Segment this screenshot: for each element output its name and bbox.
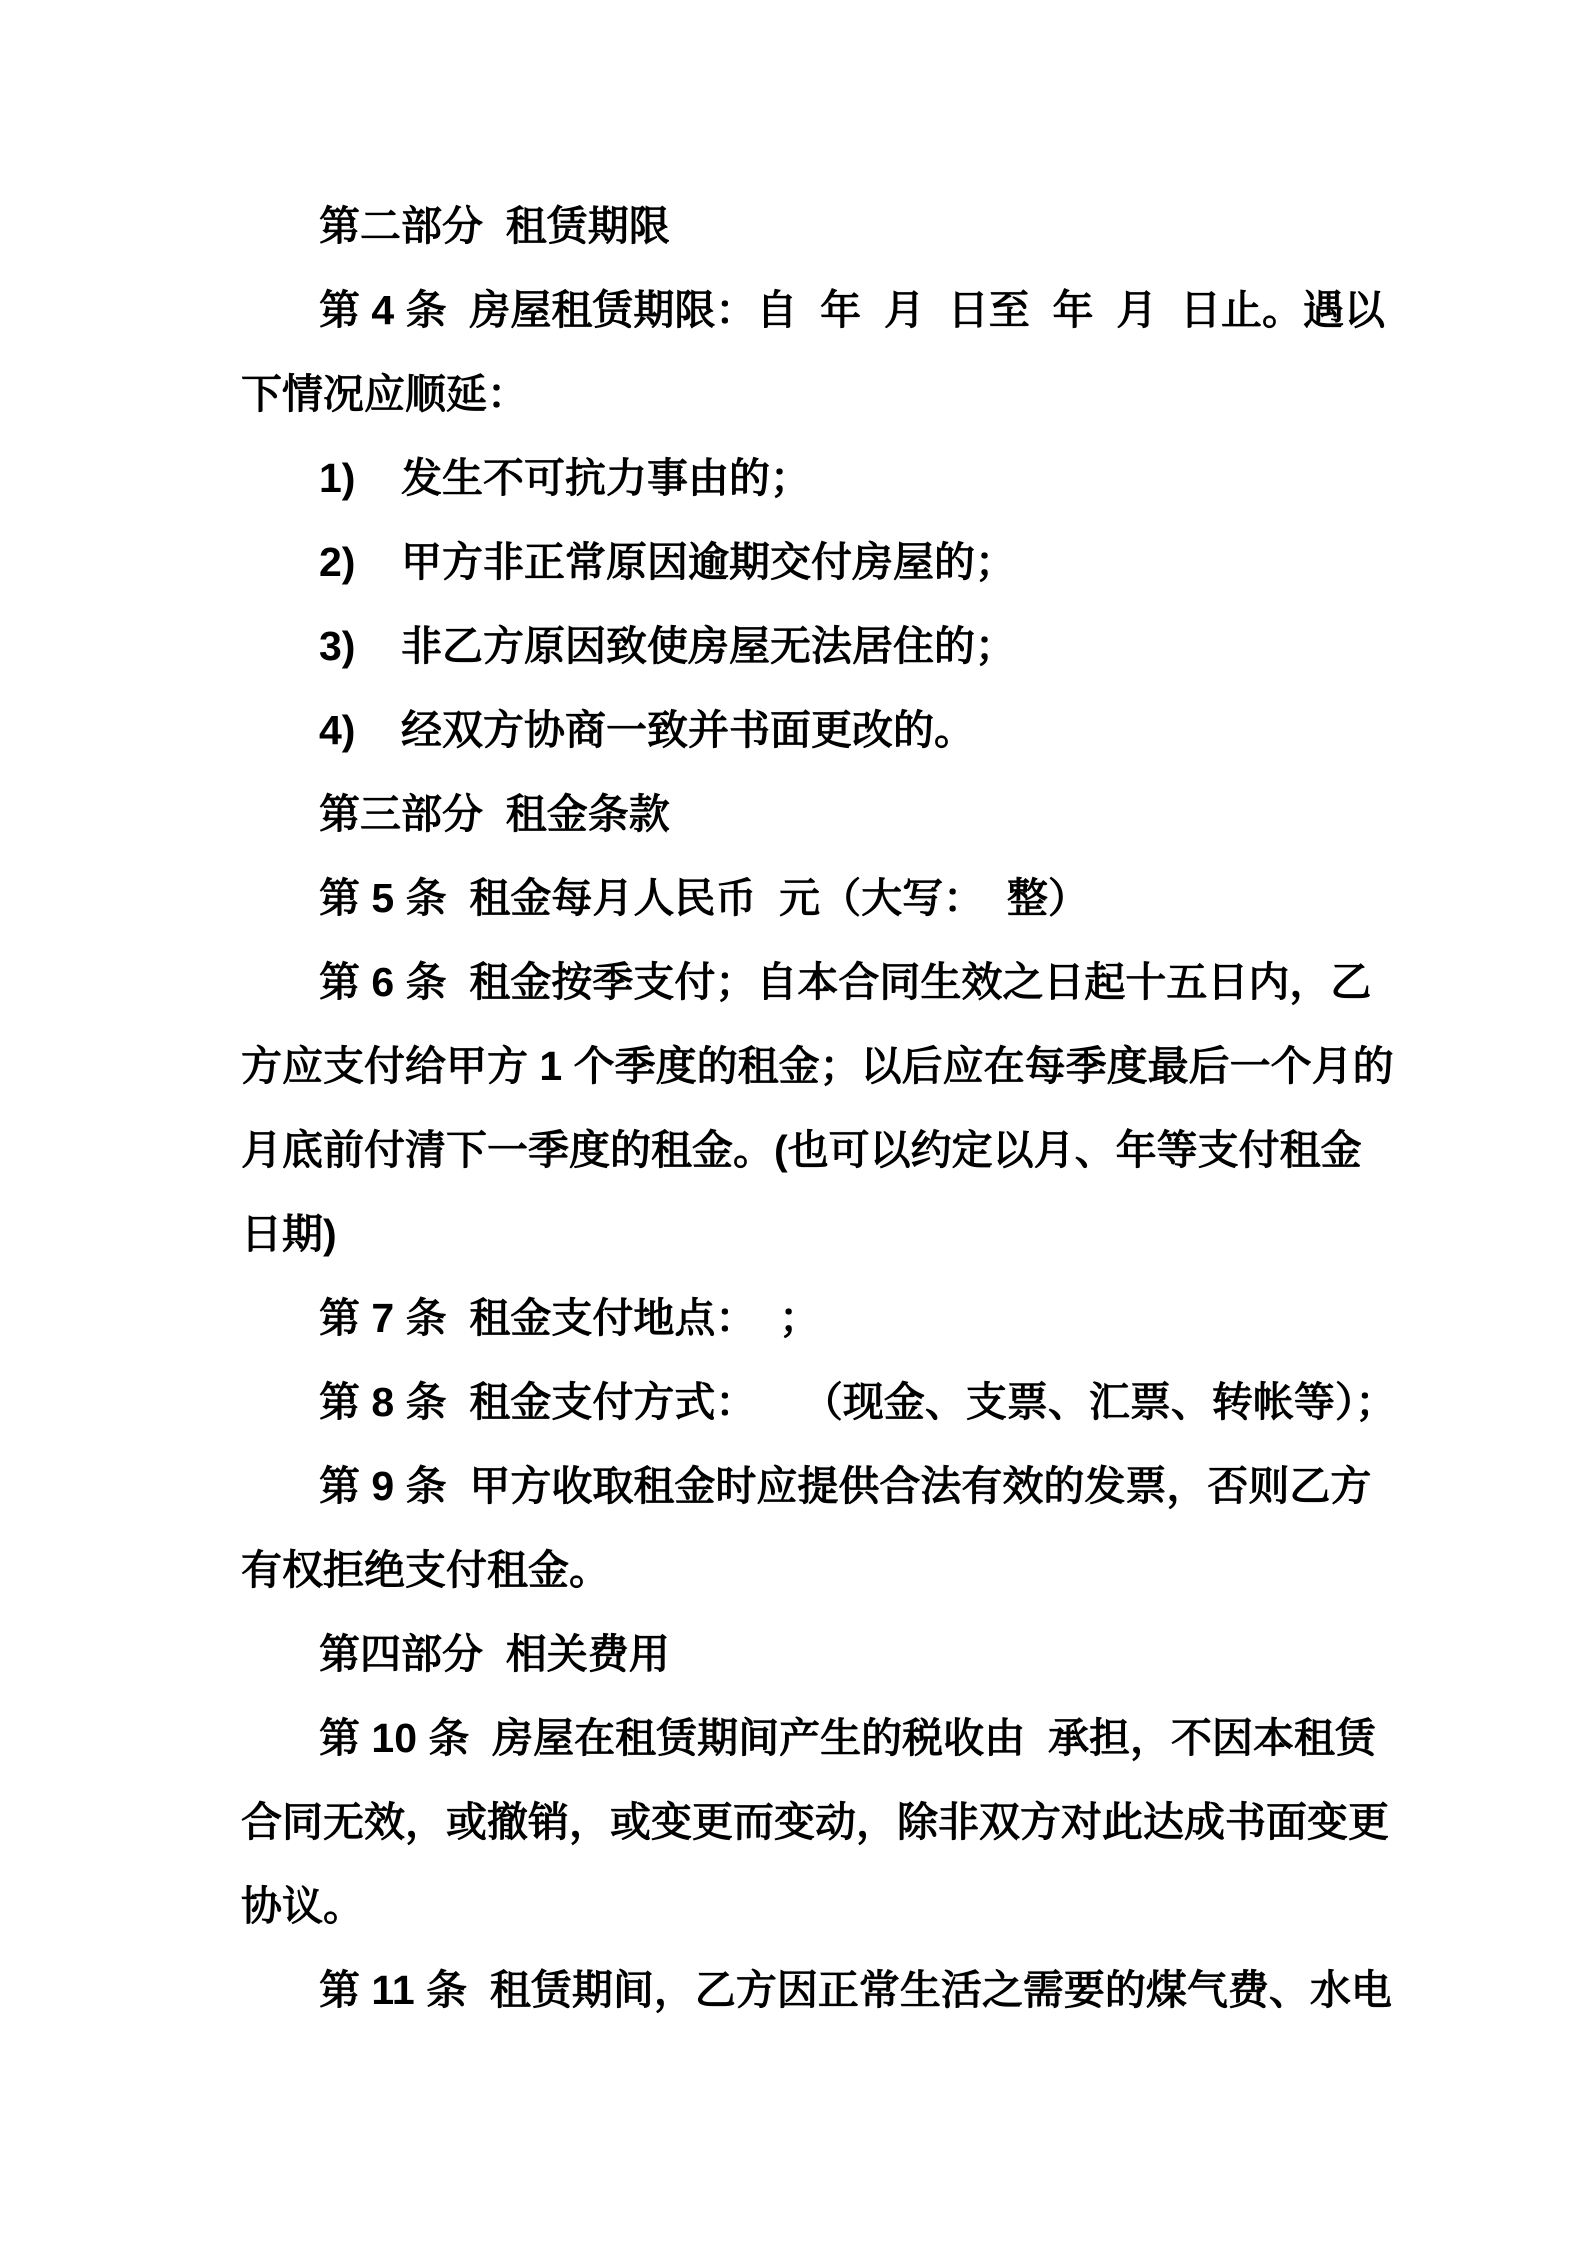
document-line: 第 4 条 房屋租赁期限：自 年 月 日至 年 月 日止。遇以	[241, 268, 1411, 352]
document-line: 有权拒绝支付租金。	[241, 1528, 1411, 1612]
document-line: 第 6 条 租金按季支付；自本合同生效之日起十五日内，乙	[241, 940, 1411, 1024]
contract-text: 第二部分 租赁期限第 4 条 房屋租赁期限：自 年 月 日至 年 月 日止。遇以…	[241, 184, 1411, 2032]
document-line: 第 10 条 房屋在租赁期间产生的税收由 承担，不因本租赁	[241, 1696, 1411, 1780]
document-line: 第 9 条 甲方收取租金时应提供合法有效的发票，否则乙方	[241, 1444, 1411, 1528]
document-line: 月底前付清下一季度的租金。(也可以约定以月、年等支付租金	[241, 1108, 1411, 1192]
section-heading: 第三部分 租金条款	[241, 772, 1411, 856]
list-item-line: 2) 甲方非正常原因逾期交付房屋的；	[241, 520, 1411, 604]
document-line: 第 5 条 租金每月人民币 元（大写： 整）	[241, 856, 1411, 940]
document-line: 合同无效，或撤销，或变更而变动，除非双方对此达成书面变更	[241, 1780, 1411, 1864]
document-line: 下情况应顺延：	[241, 352, 1411, 436]
list-item-line: 1) 发生不可抗力事由的；	[241, 436, 1411, 520]
document-line: 日期)	[241, 1192, 1411, 1276]
document-line: 第 11 条 租赁期间，乙方因正常生活之需要的煤气费、水电	[241, 1948, 1411, 2032]
section-heading: 第四部分 相关费用	[241, 1612, 1411, 1696]
document-line: 第 8 条 租金支付方式： （现金、支票、汇票、转帐等）；	[241, 1360, 1411, 1444]
document-line: 方应支付给甲方 1 个季度的租金；以后应在每季度最后一个月的	[241, 1024, 1411, 1108]
document-line: 第 7 条 租金支付地点： ；	[241, 1276, 1411, 1360]
document-page: 第二部分 租赁期限第 4 条 房屋租赁期限：自 年 月 日至 年 月 日止。遇以…	[0, 0, 1586, 2244]
list-item-line: 4) 经双方协商一致并书面更改的。	[241, 688, 1411, 772]
list-item-line: 3) 非乙方原因致使房屋无法居住的；	[241, 604, 1411, 688]
section-heading: 第二部分 租赁期限	[241, 184, 1411, 268]
document-line: 协议。	[241, 1864, 1411, 1948]
